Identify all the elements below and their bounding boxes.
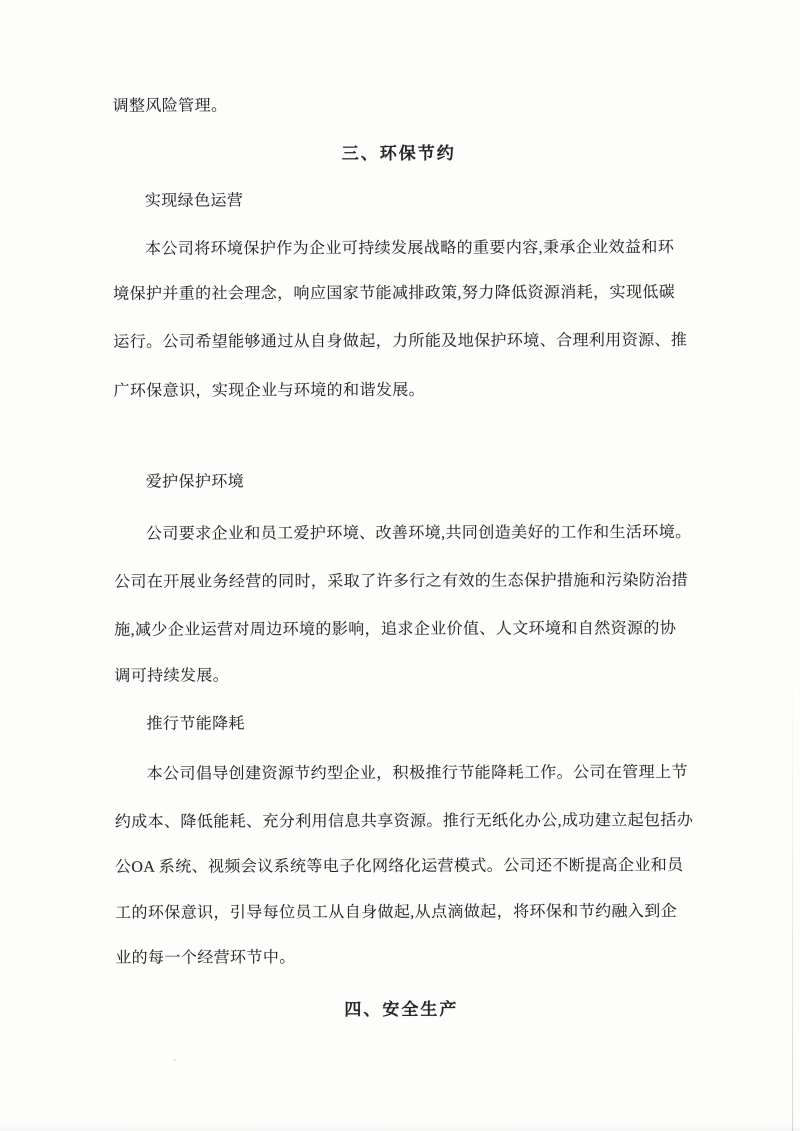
subsection-title-green-operation: 实现绿色运营 — [145, 188, 243, 214]
subsection-title-protect-environment: 爱护保护环境 — [146, 469, 244, 495]
scan-speck — [173, 1059, 176, 1061]
paragraph-line: 公司要求企业和员工爱护环境、改善环境,共同创造美好的工作和生活环境。 — [146, 520, 692, 548]
paragraph-line: 公司在开展业务经营的同时，采取了许多行之有效的生态保护措施和污染防治措 — [114, 568, 688, 596]
paragraph-line: 施,减少企业运营对周边环境的影响，追求企业价值、人文环境和自然资源的协 — [114, 616, 676, 644]
section-heading-environment: 三、环保节约 — [0, 140, 799, 169]
scan-page-edge — [792, 650, 793, 1131]
document-text-layer: 调整风险管理。 三、环保节约 实现绿色运营 本公司将环境保护作为企业可持续发展战… — [0, 0, 800, 1131]
scan-bottom-shade — [0, 1125, 800, 1131]
paragraph-line: 工的环保意识，引导每位员工从自身做起,从点滴做起，将环保和节约融入到企 — [115, 899, 677, 927]
paragraph-line: 公OA 系统、视频会议系统等电子化网络化运营模式。公司还不断提高企业和员 — [115, 853, 684, 881]
paragraph-line: 境保护并重的社会理念，响应国家节能减排政策,努力降低资源消耗，实现低碳 — [113, 280, 675, 308]
paragraph-line: 运行。公司希望能够通过从自身做起，力所能及地保护环境、合理利用资源、推 — [113, 328, 687, 356]
paragraph-line: 本公司将环境保护作为企业可持续发展战略的重要内容,秉承企业效益和环 — [145, 235, 674, 263]
paragraph-line: 本公司倡导创建资源节约型企业，积极推行节能降耗工作。公司在管理上节 — [147, 760, 688, 788]
paragraph-line: 广环保意识，实现企业与环境的和谐发展。 — [113, 378, 425, 405]
scanned-document-page: 调整风险管理。 三、环保节约 实现绿色运营 本公司将环境保护作为企业可持续发展战… — [0, 0, 800, 1131]
paragraph-line: 约成本、降低能耗、充分利用信息共享资源。推行无纸化办公,成功建立起包括办 — [115, 808, 693, 836]
section-heading-safety: 四、安全生产 — [1, 996, 800, 1025]
paragraph-line: 调可持续发展。 — [114, 664, 229, 690]
paragraph-line: 调整风险管理。 — [113, 94, 228, 120]
paragraph-line: 业的每一个经营环节中。 — [115, 945, 295, 972]
scan-speck — [433, 156, 435, 158]
subsection-title-energy-saving: 推行节能降耗 — [146, 711, 244, 737]
